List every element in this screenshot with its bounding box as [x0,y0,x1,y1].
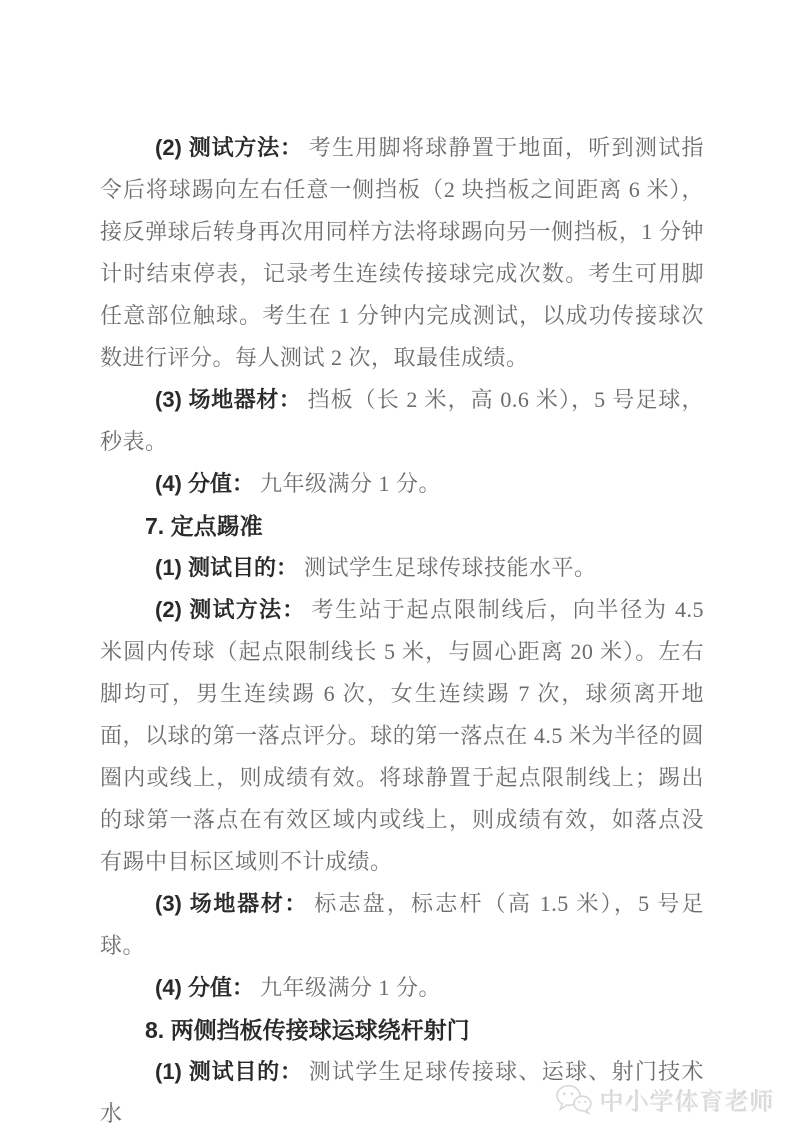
para-s6-test-method-label: (2) 测试方法： [155,135,303,160]
watermark: 中小学体育老师 [555,1082,775,1117]
para-s7-score-text: 九年级满分 1 分。 [260,975,441,1000]
heading-section-7: 7. 定点踢准 [100,505,704,547]
para-s6-test-method: (2) 测试方法：考生用脚将球静置于地面，听到测试指令后将球踢向左右任意一侧挡板… [100,127,704,379]
para-s7-test-method: (2) 测试方法：考生站于起点限制线后，向半径为 4.5 米圆内传球（起点限制线… [100,589,704,883]
para-s6-score-label: (4) 分值： [155,471,254,496]
para-s7-score-label: (4) 分值： [155,975,254,1000]
para-s6-equipment: (3) 场地器材：挡板（长 2 米，高 0.6 米），5 号足球，秒表。 [100,379,704,463]
para-s6-score: (4) 分值：九年级满分 1 分。 [100,463,704,505]
watermark-text: 中小学体育老师 [600,1082,775,1117]
para-s7-equipment-label: (3) 场地器材： [155,891,308,916]
heading-section-8: 8. 两侧挡板传接球运球绕杆射门 [100,1009,704,1051]
para-s7-purpose-label: (1) 测试目的： [155,555,298,580]
para-s8-purpose-label: (1) 测试目的： [155,1059,303,1084]
para-s7-purpose-text: 测试学生足球传球技能水平。 [304,555,597,580]
document-page: (2) 测试方法：考生用脚将球静置于地面，听到测试指令后将球踢向左右任意一侧挡板… [100,127,704,1131]
wechat-icon [555,1084,593,1115]
para-s6-test-method-text: 考生用脚将球静置于地面，听到测试指令后将球踢向左右任意一侧挡板（2 块挡板之间距… [100,135,704,370]
para-s7-equipment: (3) 场地器材：标志盘，标志杆（高 1.5 米），5 号足球。 [100,883,704,967]
para-s7-score: (4) 分值：九年级满分 1 分。 [100,967,704,1009]
para-s6-score-text: 九年级满分 1 分。 [260,471,441,496]
para-s7-test-method-label: (2) 测试方法： [155,597,306,622]
para-s7-test-method-text: 考生站于起点限制线后，向半径为 4.5 米圆内传球（起点限制线长 5 米，与圆心… [100,597,704,874]
para-s6-equipment-label: (3) 场地器材： [155,387,302,412]
para-s7-purpose: (1) 测试目的：测试学生足球传球技能水平。 [100,547,704,589]
